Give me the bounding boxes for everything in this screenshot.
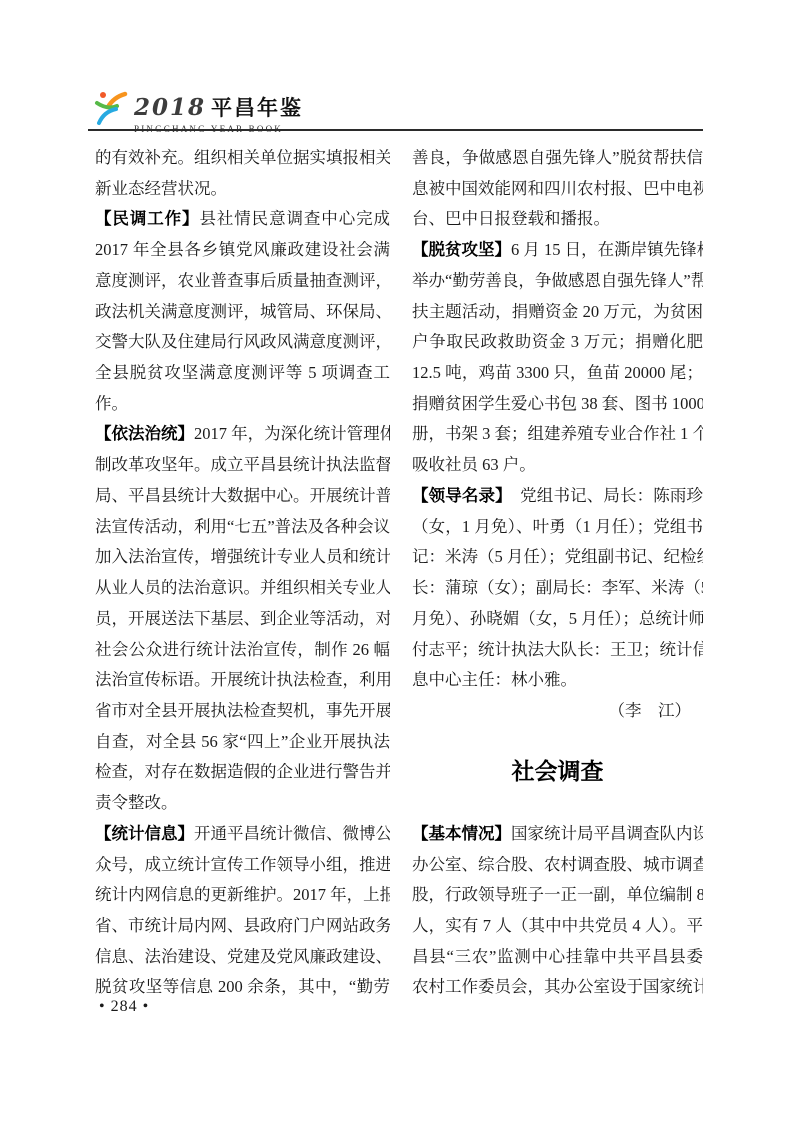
yearbook-logo-icon xyxy=(92,90,130,126)
text-line: 制改革攻坚年。成立平昌县统计执法监督 xyxy=(95,450,390,481)
logo-year: 2018 xyxy=(134,94,206,121)
text-line: 息被中国效能网和四川农村报、巴中电视 xyxy=(412,174,703,205)
text-line: 员，开展送法下基层、到企业等活动，对 xyxy=(95,604,390,635)
text-run: 6 月 15 日，在澌岸镇先锋村 xyxy=(511,240,703,259)
text-run: 信息、法治建设、党建及党风廉政建设、 xyxy=(95,947,390,966)
text-line: 【脱贫攻坚】6 月 15 日，在澌岸镇先锋村 xyxy=(412,235,703,266)
text-line: 统计内网信息的更新维护。2017 年，上报 xyxy=(95,880,390,911)
text-run: 扶主题活动，捐赠资金 20 万元，为贫困 xyxy=(412,302,703,321)
text-line: 法治宣传标语。开展统计执法检查，利用 xyxy=(95,665,390,696)
text-line: 全县脱贫攻坚满意度测评等 5 项调查工 xyxy=(95,358,390,389)
text-run: 意度测评，农业普查事后质量抽查测评， xyxy=(95,271,390,290)
text-run: 股，行政领导班子一正一副，单位编制 8 xyxy=(412,885,703,904)
text-run: 举办“勤劳善良，争做感恩自强先锋人”帮 xyxy=(412,271,703,290)
text-line: 加入法治宣传，增强统计专业人员和统计 xyxy=(95,542,390,573)
left-column: 的有效补充。组织相关单位据实填报相关新业态经营状况。【民调工作】县社情民意调查中… xyxy=(95,143,390,1003)
text-run: 县社情民意调查中心完成 xyxy=(199,209,390,228)
text-line: （女，1 月免）、叶勇（1 月任）；党组书 xyxy=(412,512,703,543)
right-column: 善良，争做感恩自强先锋人”脱贫帮扶信息被中国效能网和四川农村报、巴中电视台、巴中… xyxy=(412,143,703,1003)
text-run: 全县脱贫攻坚满意度测评等 5 项调查工 xyxy=(95,363,390,382)
text-line: 人，实有 7 人（其中中共党员 4 人）。平 xyxy=(412,911,703,942)
text-line: 举办“勤劳善良，争做感恩自强先锋人”帮 xyxy=(412,266,703,297)
text-run: 自查，对全县 56 家“四上”企业开展执法 xyxy=(95,732,390,751)
text-run: 吸收社员 63 户。 xyxy=(412,455,536,474)
text-line: 法宣传活动，利用“七五”普法及各种会议 xyxy=(95,512,390,543)
text-run: 农村工作委员会，其办公室设于国家统计 xyxy=(412,977,703,996)
page-body: 的有效补充。组织相关单位据实填报相关新业态经营状况。【民调工作】县社情民意调查中… xyxy=(95,143,703,1003)
text-line: 省市对全县开展执法检查契机，事先开展 xyxy=(95,696,390,727)
blank-line xyxy=(412,727,703,758)
text-run: 捐赠贫困学生爱心书包 38 套、图书 1000 xyxy=(412,394,703,413)
text-run: 员，开展送法下基层、到企业等活动，对 xyxy=(95,609,390,628)
entry-label: 【脱贫攻坚】 xyxy=(412,241,511,259)
text-line: 政法机关满意度测评，城管局、环保局、 xyxy=(95,297,390,328)
text-line: 户争取民政救助资金 3 万元；捐赠化肥 xyxy=(412,327,703,358)
entry-label: 【统计信息】 xyxy=(95,825,194,843)
section-heading: 社会调查 xyxy=(412,757,703,788)
text-line: 善良，争做感恩自强先锋人”脱贫帮扶信 xyxy=(412,143,703,174)
text-run: 局、平昌县统计大数据中心。开展统计普 xyxy=(95,486,390,505)
text-line: 自查，对全县 56 家“四上”企业开展执法 xyxy=(95,727,390,758)
blank-line xyxy=(412,788,703,819)
text-run: 责令整改。 xyxy=(95,793,178,812)
text-line: 【领导名录】 党组书记、局长：陈雨珍 xyxy=(412,481,703,512)
text-line: 众号，成立统计宣传工作领导小组，推进 xyxy=(95,850,390,881)
text-line: 【统计信息】开通平昌统计微信、微博公 xyxy=(95,819,390,850)
text-run: 月免）、孙晓媚（女，5 月任）；总统计师： xyxy=(412,609,703,628)
text-run: 法宣传活动，利用“七五”普法及各种会议 xyxy=(95,517,390,536)
text-run: 加入法治宣传，增强统计专业人员和统计 xyxy=(95,547,390,566)
text-run: 脱贫攻坚等信息 200 余条，其中，“勤劳 xyxy=(95,977,390,996)
text-line: 记：米涛（5 月任）；党组副书记、纪检组 xyxy=(412,542,703,573)
text-line: 局、平昌县统计大数据中心。开展统计普 xyxy=(95,481,390,512)
text-line: 【基本情况】国家统计局平昌调查队内设 xyxy=(412,819,703,850)
text-run: 册，书架 3 套；组建养殖专业合作社 1 个， xyxy=(412,424,703,443)
text-run: 息中心主任：林小雅。 xyxy=(412,670,577,689)
text-run: 政法机关满意度测评，城管局、环保局、 xyxy=(95,302,390,321)
text-run: 开通平昌统计微信、微博公 xyxy=(194,824,390,843)
text-run: 省、市统计局内网、县政府门户网站政务 xyxy=(95,916,390,935)
header-rule xyxy=(88,129,703,131)
text-line: 信息、法治建设、党建及党风廉政建设、 xyxy=(95,942,390,973)
text-line: 息中心主任：林小雅。 xyxy=(412,665,703,696)
text-run: 2017 年，为深化统计管理体 xyxy=(194,424,390,443)
text-run: 国家统计局平昌调查队内设 xyxy=(511,824,703,843)
text-line: 台、巴中日报登载和播报。 xyxy=(412,204,703,235)
logo-text: 2018 平昌年鉴 PINGCHANG YEAR BOOK xyxy=(134,92,303,134)
page-header: 2018 平昌年鉴 PINGCHANG YEAR BOOK xyxy=(92,92,303,134)
text-line: 【民调工作】县社情民意调查中心完成 xyxy=(95,204,390,235)
text-line: 作。 xyxy=(95,389,390,420)
text-line: 12.5 吨，鸡苗 3300 只，鱼苗 20000 尾； xyxy=(412,358,703,389)
text-run: 社会公众进行统计法治宣传，制作 26 幅 xyxy=(95,640,390,659)
text-line: 社会公众进行统计法治宣传，制作 26 幅 xyxy=(95,635,390,666)
page-number: • 284 • xyxy=(99,998,149,1016)
text-run: 检查，对存在数据造假的企业进行警告并 xyxy=(95,762,390,781)
text-line: 扶主题活动，捐赠资金 20 万元，为贫困 xyxy=(412,297,703,328)
text-line: 省、市统计局内网、县政府门户网站政务 xyxy=(95,911,390,942)
text-line: 交警大队及住建局行风政风满意度测评， xyxy=(95,327,390,358)
text-run: 制改革攻坚年。成立平昌县统计执法监督 xyxy=(95,455,390,474)
text-run: 2017 年全县各乡镇党风廉政建设社会满 xyxy=(95,240,390,259)
logo-title: 平昌年鉴 xyxy=(211,92,303,122)
text-line: 意度测评，农业普查事后质量抽查测评， xyxy=(95,266,390,297)
text-line: 检查，对存在数据造假的企业进行警告并 xyxy=(95,757,390,788)
entry-label: 【领导名录】 xyxy=(412,487,504,505)
text-line: 册，书架 3 套；组建养殖专业合作社 1 个， xyxy=(412,419,703,450)
text-run: 长：蒲琼（女）；副局长：李军、米涛（5 xyxy=(412,578,703,597)
text-line: 从业人员的法治意识。并组织相关专业人 xyxy=(95,573,390,604)
text-run: 昌县“三农”监测中心挂靠中共平昌县委 xyxy=(412,947,703,966)
text-run: 作。 xyxy=(95,394,128,413)
text-line: 股，行政领导班子一正一副，单位编制 8 xyxy=(412,880,703,911)
text-line: 办公室、综合股、农村调查股、城市调查 xyxy=(412,850,703,881)
text-run: 党组书记、局长：陈雨珍 xyxy=(504,486,703,505)
text-line: 2017 年全县各乡镇党风廉政建设社会满 xyxy=(95,235,390,266)
text-run: 户争取民政救助资金 3 万元；捐赠化肥 xyxy=(412,332,703,351)
text-line: 长：蒲琼（女）；副局长：李军、米涛（5 xyxy=(412,573,703,604)
text-run: 付志平；统计执法大队长：王卫；统计信 xyxy=(412,640,703,659)
text-run: 记：米涛（5 月任）；党组副书记、纪检组 xyxy=(412,547,703,566)
text-run: 社会调查 xyxy=(512,759,604,784)
text-line: 月免）、孙晓媚（女，5 月任）；总统计师： xyxy=(412,604,703,635)
text-line: 捐赠贫困学生爱心书包 38 套、图书 1000 xyxy=(412,389,703,420)
text-run: 从业人员的法治意识。并组织相关专业人 xyxy=(95,578,390,597)
text-line: 新业态经营状况。 xyxy=(95,174,390,205)
text-run: 人，实有 7 人（其中中共党员 4 人）。平 xyxy=(412,916,703,935)
text-line: 吸收社员 63 户。 xyxy=(412,450,703,481)
text-run: 众号，成立统计宣传工作领导小组，推进 xyxy=(95,855,390,874)
text-run: 统计内网信息的更新维护。2017 年，上报 xyxy=(95,885,390,904)
text-line: 责令整改。 xyxy=(95,788,390,819)
text-line: 付志平；统计执法大队长：王卫；统计信 xyxy=(412,635,703,666)
text-run: 台、巴中日报登载和播报。 xyxy=(412,209,610,228)
text-run: 新业态经营状况。 xyxy=(95,179,227,198)
entry-label: 【基本情况】 xyxy=(412,825,511,843)
text-run: 的有效补充。组织相关单位据实填报相关 xyxy=(95,148,390,167)
text-line: 农村工作委员会，其办公室设于国家统计 xyxy=(412,972,703,1003)
text-run: 交警大队及住建局行风政风满意度测评， xyxy=(95,332,390,351)
text-line: 昌县“三农”监测中心挂靠中共平昌县委 xyxy=(412,942,703,973)
text-line: 【依法治统】2017 年，为深化统计管理体 xyxy=(95,419,390,450)
text-line: （李 江） xyxy=(412,696,703,727)
text-run: （李 江） xyxy=(609,701,692,720)
text-run: （女，1 月免）、叶勇（1 月任）；党组书 xyxy=(412,517,703,536)
text-run: 办公室、综合股、农村调查股、城市调查 xyxy=(412,855,703,874)
text-run: 12.5 吨，鸡苗 3300 只，鱼苗 20000 尾； xyxy=(412,363,703,382)
text-run: 省市对全县开展执法检查契机，事先开展 xyxy=(95,701,390,720)
text-run: 法治宣传标语。开展统计执法检查，利用 xyxy=(95,670,390,689)
entry-label: 【依法治统】 xyxy=(95,425,194,443)
text-line: 的有效补充。组织相关单位据实填报相关 xyxy=(95,143,390,174)
text-run: 善良，争做感恩自强先锋人”脱贫帮扶信 xyxy=(412,148,703,167)
entry-label: 【民调工作】 xyxy=(95,210,199,228)
text-run: 息被中国效能网和四川农村报、巴中电视 xyxy=(412,179,703,198)
